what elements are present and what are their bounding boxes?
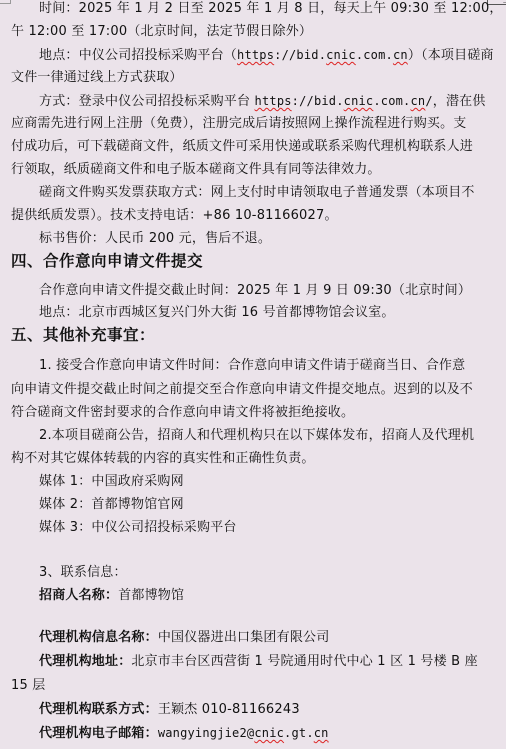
agency-email-link[interactable]: wangyingjie2@cnic.gt.cn — [158, 726, 329, 740]
place-url[interactable]: https://bid.cnic.com.cn — [237, 48, 408, 62]
url-part: cnic — [344, 94, 374, 108]
submission-place-line: 地点：北京市西城区复兴门外大街 16 号首都博物馆会议室。 — [39, 303, 506, 323]
price-line: 标书售价：人民币 200 元，售后不退。 — [39, 229, 506, 249]
url-part: ://bid. — [274, 48, 326, 62]
method-line-2: 应商需先进行网上注册（免费），注册完成后请按照网上操作流程进行购买。支 — [11, 114, 497, 134]
method-line-3: 付成功后，可下载磋商文件，纸质文件可采用快递或联系采购代理机构联系人进 — [11, 137, 497, 157]
section-4-heading: 四、合作意向申请文件提交 — [11, 251, 497, 271]
url-part: .com. — [356, 48, 393, 62]
email-part: cnic — [254, 726, 284, 740]
inviter-name-row: 招商人名称：首都博物馆 — [39, 586, 506, 606]
media-item-1: 媒体 1：中国政府采购网 — [39, 472, 506, 492]
email-part: .gt. — [284, 726, 314, 740]
agency-address-row: 代理机构地址：北京市丰台区西营街 1 号院通用时代中心 1 区 1 号楼 B 座 — [39, 652, 506, 672]
invoice-line-1: 磋商文件购买发票获取方式：网上支付时申请领取电子普通发票（本项目不 — [39, 183, 506, 203]
agency-email-label: 代理机构电子邮箱： — [39, 726, 158, 741]
media-item-2: 媒体 2：首都博物馆官网 — [39, 495, 506, 515]
crop-mark-top-left — [0, 0, 11, 4]
agency-email-row: 代理机构电子邮箱：wangyingjie2@cnic.gt.cn — [39, 723, 506, 744]
url-part: / — [425, 94, 432, 108]
place-line-1: 地点：中仪公司招投标采购平台（https://bid.cnic.com.cn）（… — [39, 45, 506, 66]
method-line-1: 方式：登录中仪公司招投标采购平台 https://bid.cnic.com.cn… — [39, 91, 506, 112]
url-part: ://bid. — [292, 94, 344, 108]
time-line-2: 午 12:00 至 17:00（北京时间，法定节假日除外） — [11, 22, 497, 42]
agency-address-value: 北京市丰台区西营街 1 号院通用时代中心 1 区 1 号楼 B 座 — [131, 654, 477, 669]
agency-contact-row: 代理机构联系方式：王颖杰 010-81166243 — [39, 700, 506, 720]
contact-heading: 3、联系信息： — [39, 563, 506, 583]
invoice-line-2: 提供纸质发票）。技术支持电话：+86 10-81166027。 — [11, 206, 497, 226]
agency-address-label: 代理机构地址： — [39, 654, 131, 669]
agency-contact-value: 王颖杰 010-81166243 — [158, 702, 300, 717]
agency-name-row: 代理机构信息名称：中国仪器进出口集团有限公司 — [39, 628, 506, 648]
place-prefix: 地点：中仪公司招投标采购平台（ — [39, 48, 237, 63]
place-suffix: ）（本项目磋商 — [408, 48, 494, 63]
url-part: cn — [410, 94, 425, 108]
url-part: cnic — [326, 48, 356, 62]
document-page: 时间：2025 年 1 月 2 日至 2025 年 1 月 8 日，每天上午 0… — [0, 0, 506, 749]
section-5-heading: 五、其他补充事宜： — [11, 325, 497, 345]
email-part: wangyingjie2@ — [158, 726, 255, 740]
agency-name-value: 中国仪器进出口集团有限公司 — [158, 630, 330, 645]
url-part: .com. — [373, 94, 410, 108]
method-url[interactable]: https://bid.cnic.com.cn/ — [255, 94, 433, 108]
item-2-line-1: 2.本项目磋商公告，招商人和代理机构只在以下媒体发布，招商人及代理机 — [39, 426, 506, 446]
media-item-3: 媒体 3：中仪公司招投标采购平台 — [39, 518, 506, 538]
method-prefix: 方式：登录中仪公司招投标采购平台 — [39, 94, 255, 109]
agency-contact-label: 代理机构联系方式： — [39, 702, 158, 717]
method-line-4: 行领取，纸质磋商文件和电子版本磋商文件具有同等法律效力。 — [11, 160, 497, 180]
url-part: cn — [393, 48, 408, 62]
inviter-value: 首都博物馆 — [118, 588, 184, 603]
email-part: cn — [314, 726, 329, 740]
method-suffix: ，潜在供 — [433, 94, 486, 109]
inviter-label: 招商人名称： — [39, 588, 118, 603]
item-2-line-2: 构不对其它媒体转载的内容的真实性和正确性负责。 — [11, 449, 497, 469]
place-line-2: 文件一律通过线上方式获取） — [11, 68, 497, 88]
deadline-line: 合作意向申请文件提交截止时间：2025 年 1 月 9 日 09:30（北京时间… — [39, 281, 506, 301]
agency-name-label: 代理机构信息名称： — [39, 630, 158, 645]
item-1-line-3: 符合磋商文件密封要求的合作意向申请文件将被拒绝接收。 — [11, 403, 497, 423]
agency-address-line-2: 15 层 — [11, 676, 497, 696]
item-1-line-2: 向申请文件提交截止时间之前提交至合作意向申请文件提交地点。迟到的以及不 — [11, 380, 497, 400]
url-part: https — [237, 48, 274, 62]
item-1-line-1: 1. 接受合作意向申请文件时间：合作意向申请文件请于磋商当日、合作意 — [39, 356, 506, 376]
time-line-1: 时间：2025 年 1 月 2 日至 2025 年 1 月 8 日，每天上午 0… — [39, 0, 506, 19]
url-part: https — [255, 94, 292, 108]
